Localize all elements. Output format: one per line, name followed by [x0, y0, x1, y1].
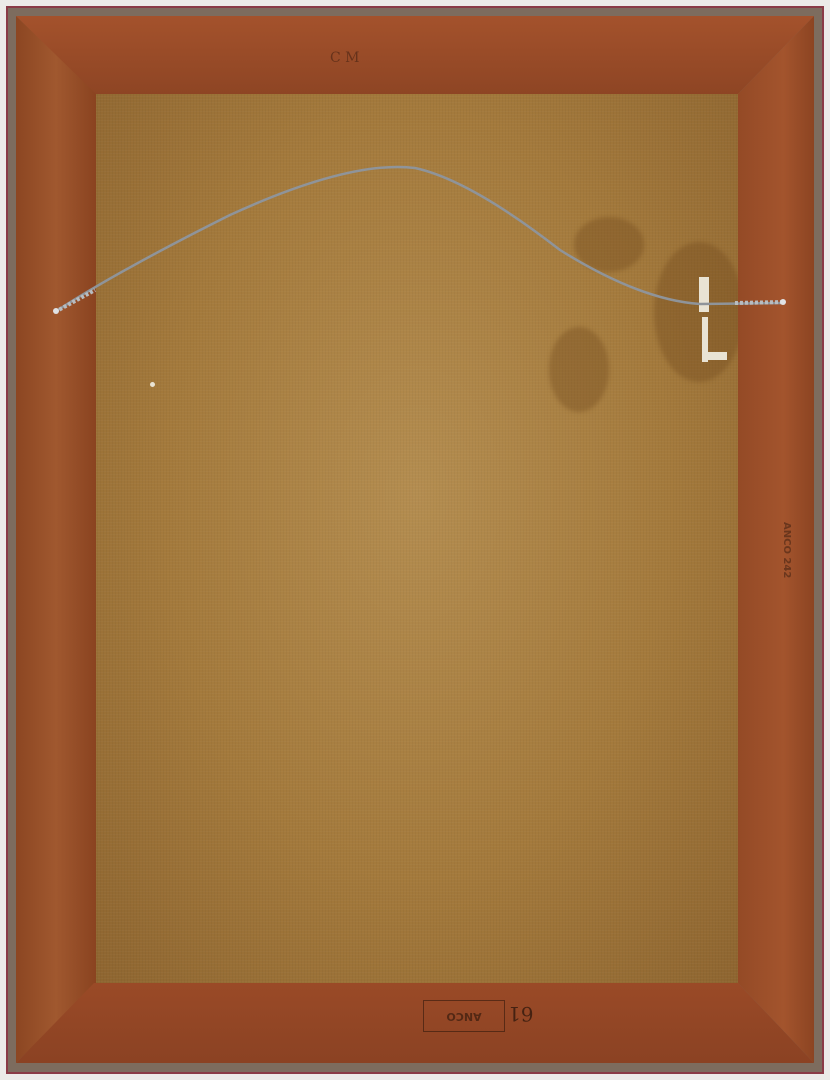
hanging-wire	[0, 0, 830, 1080]
wire-anchor-right	[780, 299, 786, 305]
framed-canvas-back: C M ANCO 242 ANCO 61	[0, 0, 830, 1080]
wire-anchor-left	[53, 308, 59, 314]
